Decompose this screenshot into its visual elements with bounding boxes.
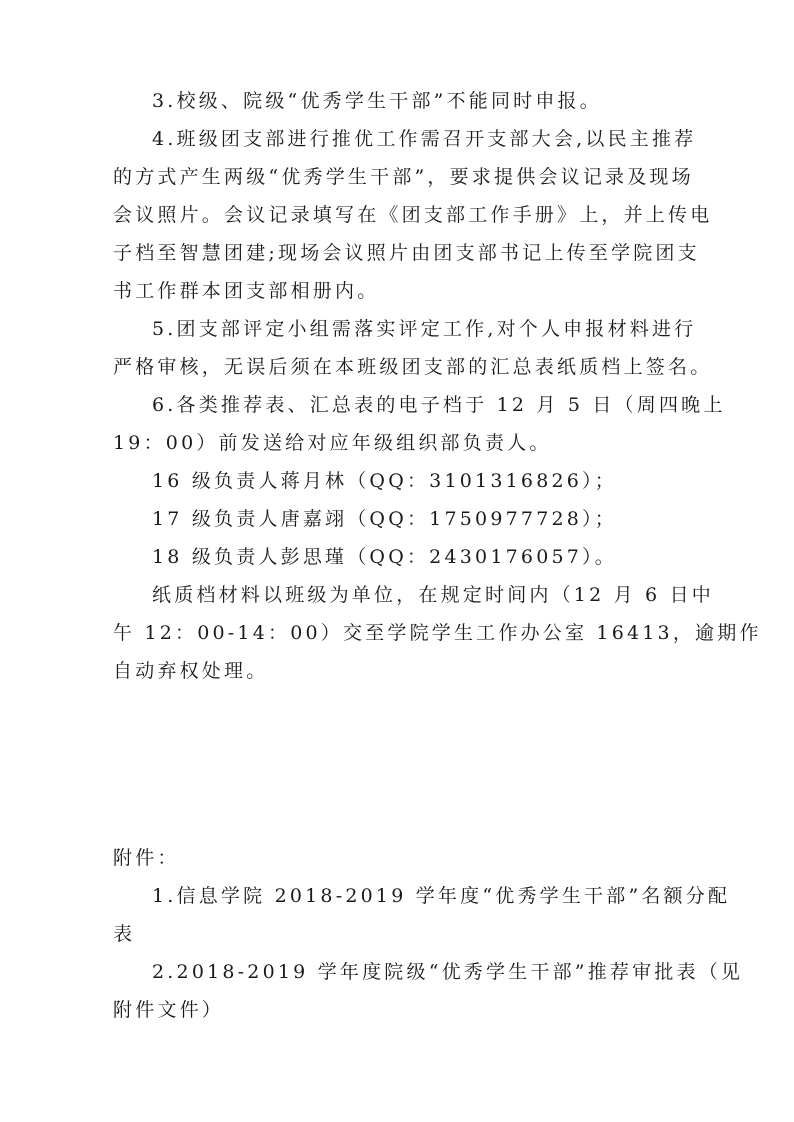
paragraph-line: 自动弃权处理。 <box>113 659 693 683</box>
paragraph-line: 严格审核，无误后须在本班级团支部的汇总表纸质档上签名。 <box>113 355 693 379</box>
paragraph-line: 子档至智慧团建;现场会议照片由团支部书记上传至学院团支 <box>113 241 693 265</box>
paragraph-line: 书工作群本团支部相册内。 <box>113 279 693 303</box>
paragraph-item-5: 5.团支部评定小组需落实评定工作,对个人申报材料进行 <box>152 317 732 341</box>
paragraph-line: 午 12：00-14：00）交至学院学生工作办公室 16413，逾期作 <box>113 621 693 645</box>
paper-submission-paragraph: 纸质档材料以班级为单位，在规定时间内（12 月 6 日中 <box>152 583 732 607</box>
document-page: 3.校级、院级“优秀学生干部”不能同时申报。 4.班级团支部进行推优工作需召开支… <box>0 0 794 1122</box>
attachment-line: 表 <box>113 922 693 946</box>
attachment-item-1: 1.信息学院 2018-2019 学年度“优秀学生干部”名额分配 <box>152 884 732 908</box>
contact-18: 18 级负责人彭思瑾（QQ：2430176057）。 <box>152 545 732 569</box>
paragraph-item-3: 3.校级、院级“优秀学生干部”不能同时申报。 <box>152 89 732 113</box>
attachment-item-2: 2.2018-2019 学年度院级“优秀学生干部”推荐审批表（见 <box>152 960 732 984</box>
paragraph-item-6: 6.各类推荐表、汇总表的电子档于 12 月 5 日（周四晚上 <box>152 393 732 417</box>
paragraph-line: 的方式产生两级“优秀学生干部”，要求提供会议记录及现场 <box>113 165 693 189</box>
paragraph-item-4: 4.班级团支部进行推优工作需召开支部大会,以民主推荐 <box>152 127 732 151</box>
contact-17: 17 级负责人唐嘉翊（QQ：1750977728）； <box>152 507 732 531</box>
attachment-line: 附件文件） <box>113 998 693 1022</box>
attachments-heading: 附件： <box>113 846 693 870</box>
paragraph-line: 19：00）前发送给对应年级组织部负责人。 <box>113 431 693 455</box>
paragraph-line: 会议照片。会议记录填写在《团支部工作手册》上，并上传电 <box>113 203 693 227</box>
contact-16: 16 级负责人蒋月林（QQ：3101316826）； <box>152 469 732 493</box>
